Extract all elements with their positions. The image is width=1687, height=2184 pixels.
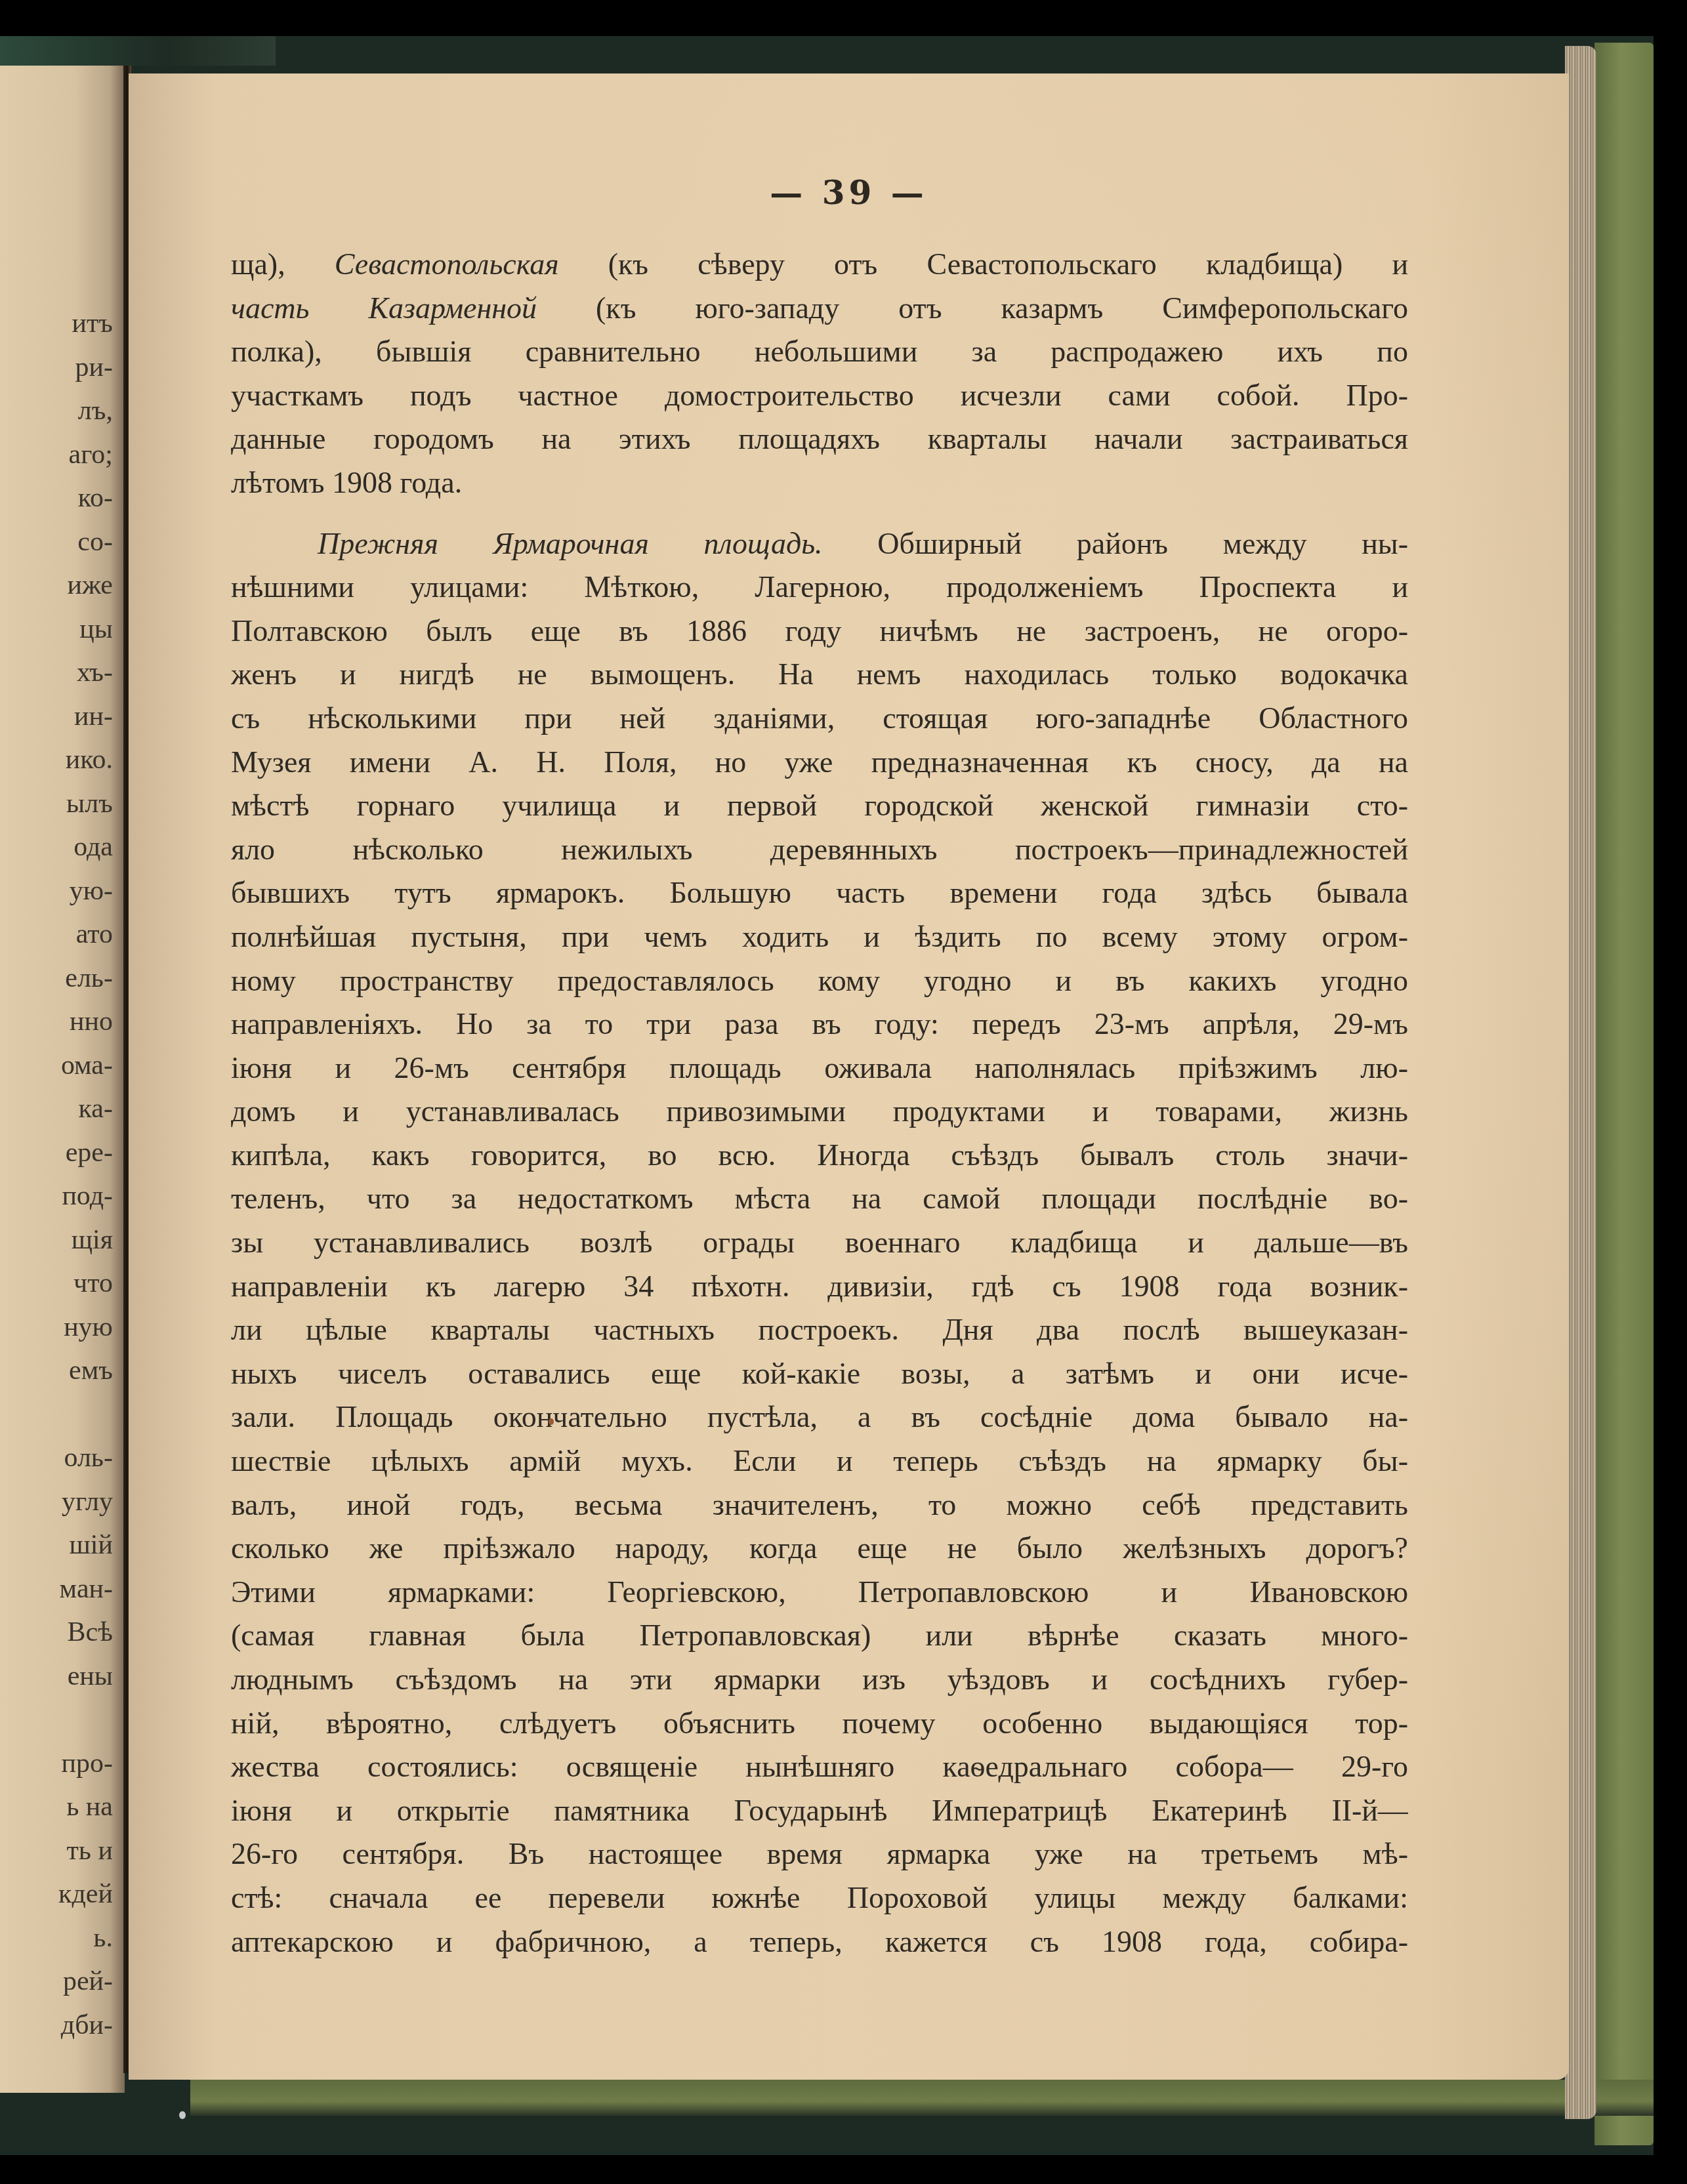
text-line: участкамъ подъ частное домостроительство… [231, 374, 1408, 418]
text-line: ній, вѣроятно, слѣдуетъ объяснить почему… [231, 1702, 1408, 1746]
text-span: ныхъ чиселъ оставались еще кой-какіе воз… [231, 1357, 1408, 1390]
text-span: стѣ: сначала ее перевели южнѣе Пороховой… [231, 1881, 1408, 1914]
previous-page-line: ь на [0, 1785, 113, 1829]
previous-page-line: ка- [0, 1087, 113, 1131]
text-span: Этими ярмарками: Георгіевскою, Петропавл… [231, 1575, 1408, 1609]
text-span: Полтавскою былъ еще въ 1886 году ничѣмъ … [231, 614, 1408, 648]
text-span: нѣшними улицами: Мѣткою, Лагерною, продо… [231, 570, 1408, 604]
text-span: шествіе цѣлыхъ армій мухъ. Если и теперь… [231, 1444, 1408, 1477]
text-span: зы устанавливались возлѣ ограды военнаго… [231, 1226, 1408, 1259]
previous-page-line: лъ, [0, 389, 113, 433]
previous-page-line: ато [0, 913, 113, 957]
text-span: ному пространству предоставлялось кому у… [231, 964, 1408, 997]
previous-page-line: ную [0, 1306, 113, 1350]
text-line: шествіе цѣлыхъ армій мухъ. Если и теперь… [231, 1439, 1408, 1483]
text-span: (самая главная была Петропавловская) или… [231, 1618, 1408, 1652]
previous-page-line: что [0, 1262, 113, 1306]
text-line: 26-го сентября. Въ настоящее время ярмар… [231, 1832, 1408, 1876]
text-line: Музея имени А. Н. Поля, но уже предназна… [231, 741, 1408, 785]
text-span: домъ и устанавливалась привозимыми проду… [231, 1094, 1408, 1128]
text-span: аптекарскою и фабричною, а теперь, кажет… [231, 1925, 1408, 1958]
previous-page-line: со- [0, 520, 113, 564]
text-line: аптекарскою и фабричною, а теперь, кажет… [231, 1920, 1408, 1964]
text-line: полка), бывшія сравнительно небольшими з… [231, 330, 1408, 374]
previous-page-line: ко- [0, 476, 113, 520]
text-line: домъ и устанавливалась привозимыми проду… [231, 1090, 1408, 1134]
text-line: Прежняя Ярмарочная площадь. Обширный рай… [231, 522, 1408, 566]
page-39: — 39 — ща), Севастопольская (къ сѣверу о… [129, 73, 1569, 2080]
paragraph-1: ща), Севастопольская (къ сѣверу отъ Сева… [231, 243, 1408, 505]
text-span: данные городомъ на этихъ площадяхъ кварт… [231, 422, 1408, 455]
text-line: ному пространству предоставлялось кому у… [231, 959, 1408, 1003]
paragraph-2-yarmarochnaya-ploshchad: Прежняя Ярмарочная площадь. Обширный рай… [231, 522, 1408, 1964]
text-span: направленіи къ лагерю 34 пѣхотн. дивизіи… [231, 1269, 1408, 1303]
previous-page-line: итъ [0, 302, 113, 346]
text-span: жества состоялись: освященіе нынѣшняго к… [231, 1750, 1408, 1783]
book-cover-right-edge [1594, 43, 1654, 2145]
previous-page-line: под- [0, 1174, 113, 1218]
previous-page-line: цы [0, 608, 113, 651]
text-span: полка), бывшія сравнительно небольшими з… [231, 335, 1408, 368]
text-span: сколько же пріѣзжало народу, когда еще н… [231, 1531, 1408, 1565]
text-span: (къ юго-западу отъ казармъ Симферопольск… [537, 291, 1408, 325]
italic-heading-span: часть Казарменной [231, 291, 537, 325]
text-span: іюня и открытіе памятника Государынѣ Имп… [231, 1794, 1408, 1827]
previous-page-line: иже [0, 564, 113, 608]
previous-page-line: нно [0, 1000, 113, 1044]
previous-page-line: ома- [0, 1044, 113, 1088]
text-span: мѣстѣ горнаго училища и первой городской… [231, 789, 1408, 822]
paragraph-spacer [231, 505, 1408, 522]
previous-page-line: углу [0, 1480, 113, 1524]
previous-page-line: ин- [0, 695, 113, 739]
text-span: теленъ, что за недостаткомъ мѣста на сам… [231, 1182, 1408, 1215]
page-body: ща), Севастопольская (къ сѣверу отъ Сева… [231, 243, 1408, 1964]
previous-page-line: ико. [0, 738, 113, 782]
text-span: валъ, иной годъ, весьма значителенъ, то … [231, 1488, 1408, 1521]
text-line: ли цѣлые кварталы частныхъ построекъ. Дн… [231, 1308, 1408, 1352]
previous-page-fragment: итъри-лъ,аго;ко-со-ижецыхъ-ин-ико.ылъода… [0, 66, 125, 2093]
text-line: направленіи къ лагерю 34 пѣхотн. дивизіи… [231, 1265, 1408, 1309]
text-span: ній, вѣроятно, слѣдуетъ объяснить почему… [231, 1706, 1408, 1740]
previous-page-line: хъ- [0, 651, 113, 695]
page-number: — 39 — [129, 173, 1569, 212]
previous-page-line: аго; [0, 433, 113, 477]
previous-page-line: ены [0, 1655, 113, 1699]
previous-page-line: щія [0, 1218, 113, 1262]
text-line: направленіяхъ. Но за то три раза въ году… [231, 1002, 1408, 1046]
italic-heading-span: Севастопольская [335, 247, 559, 281]
previous-page-line: ода [0, 825, 113, 869]
text-line: стѣ: сначала ее перевели южнѣе Пороховой… [231, 1876, 1408, 1920]
text-line: люднымъ съѣздомъ на эти ярмарки изъ уѣзд… [231, 1658, 1408, 1702]
page-stack-edges [1565, 46, 1596, 2119]
dust-speck [179, 2111, 186, 2119]
text-line: съ нѣсколькими при ней зданіями, стоящая… [231, 697, 1408, 741]
text-span: ща), [231, 247, 335, 281]
text-line: Этими ярмарками: Георгіевскою, Петропавл… [231, 1571, 1408, 1615]
text-line: лѣтомъ 1908 года. [231, 461, 1408, 505]
previous-page-line: дби- [0, 2004, 113, 2048]
text-line: іюня и открытіе памятника Государынѣ Имп… [231, 1789, 1408, 1833]
previous-page-text: итъри-лъ,аго;ко-со-ижецыхъ-ин-ико.ылъода… [0, 302, 113, 2047]
text-span: (къ сѣверу отъ Севастопольскаго кладбища… [559, 247, 1408, 281]
text-span: ли цѣлые кварталы частныхъ построекъ. Дн… [231, 1313, 1408, 1346]
book-cover-bottom-edge [190, 2080, 1654, 2116]
text-span: полнѣйшая пустыня, при чемъ ходить и ѣзд… [231, 920, 1408, 953]
text-span: направленіяхъ. Но за то три раза въ году… [231, 1007, 1408, 1040]
previous-page-line: про- [0, 1742, 113, 1786]
previous-page-line [0, 1393, 113, 1437]
previous-page-line [0, 1698, 113, 1742]
text-span: лѣтомъ 1908 года. [231, 466, 462, 499]
previous-page-line: ри- [0, 346, 113, 390]
text-line: яло нѣсколько нежилыхъ деревянныхъ постр… [231, 828, 1408, 872]
text-span: участкамъ подъ частное домостроительство… [231, 379, 1408, 412]
text-span: женъ и нигдѣ не вымощенъ. На немъ находи… [231, 657, 1408, 691]
previous-page-line: Всѣ [0, 1611, 113, 1655]
text-line: сколько же пріѣзжало народу, когда еще н… [231, 1527, 1408, 1571]
text-line: часть Казарменной (къ юго-западу отъ каз… [231, 287, 1408, 331]
previous-page-line: ь. [0, 1916, 113, 1960]
text-line: женъ и нигдѣ не вымощенъ. На немъ находи… [231, 653, 1408, 697]
text-span: яло нѣсколько нежилыхъ деревянныхъ постр… [231, 833, 1408, 866]
text-line: данные городомъ на этихъ площадяхъ кварт… [231, 417, 1408, 461]
text-line: полнѣйшая пустыня, при чемъ ходить и ѣзд… [231, 915, 1408, 959]
text-span: бывшихъ тутъ ярмарокъ. Большую часть вре… [231, 876, 1408, 909]
previous-page-line: шій [0, 1523, 113, 1567]
text-span: 26-го сентября. Въ настоящее время ярмар… [231, 1837, 1408, 1870]
previous-page-line: оль- [0, 1436, 113, 1480]
text-line: ныхъ чиселъ оставались еще кой-какіе воз… [231, 1352, 1408, 1396]
text-line: кипѣла, какъ говорится, во всю. Иногда с… [231, 1134, 1408, 1178]
ink-speck [549, 1418, 554, 1425]
text-line: Полтавскою былъ еще въ 1886 году ничѣмъ … [231, 609, 1408, 653]
text-line: (самая главная была Петропавловская) или… [231, 1614, 1408, 1658]
text-line: мѣстѣ горнаго училища и первой городской… [231, 784, 1408, 828]
previous-page-line: ую- [0, 869, 113, 913]
previous-page-line: ман- [0, 1567, 113, 1611]
previous-page-line: ель- [0, 957, 113, 1000]
text-span: кипѣла, какъ говорится, во всю. Иногда с… [231, 1138, 1408, 1172]
previous-page-line: рей- [0, 1960, 113, 2004]
previous-page-line: ылъ [0, 782, 113, 826]
text-span: зали. Площадь окончательно пустѣла, а въ… [231, 1400, 1408, 1433]
text-line: бывшихъ тутъ ярмарокъ. Большую часть вре… [231, 871, 1408, 915]
text-line: теленъ, что за недостаткомъ мѣста на сам… [231, 1177, 1408, 1221]
previous-page-line: кдей [0, 1872, 113, 1916]
text-line: нѣшними улицами: Мѣткою, Лагерною, продо… [231, 566, 1408, 609]
text-line: ща), Севастопольская (къ сѣверу отъ Сева… [231, 243, 1408, 287]
text-span: Обширный районъ между ны- [823, 527, 1408, 560]
italic-heading-span: Прежняя Ярмарочная площадь. [318, 527, 823, 560]
text-line: валъ, иной годъ, весьма значителенъ, то … [231, 1483, 1408, 1527]
previous-page-line: ере- [0, 1131, 113, 1175]
book-cover-top-edge [0, 36, 276, 66]
text-span: іюня и 26-мъ сентября площадь оживала на… [231, 1051, 1408, 1084]
text-span: люднымъ съѣздомъ на эти ярмарки изъ уѣзд… [231, 1662, 1408, 1696]
text-span: съ нѣсколькими при ней зданіями, стоящая… [231, 701, 1408, 735]
text-line: зали. Площадь окончательно пустѣла, а въ… [231, 1395, 1408, 1439]
text-line: іюня и 26-мъ сентября площадь оживала на… [231, 1046, 1408, 1090]
text-span: Музея имени А. Н. Поля, но уже предназна… [231, 745, 1408, 779]
text-line: жества состоялись: освященіе нынѣшняго к… [231, 1745, 1408, 1789]
previous-page-line: емъ [0, 1349, 113, 1393]
previous-page-line: ть и [0, 1829, 113, 1873]
text-line: зы устанавливались возлѣ ограды военнаго… [231, 1221, 1408, 1265]
